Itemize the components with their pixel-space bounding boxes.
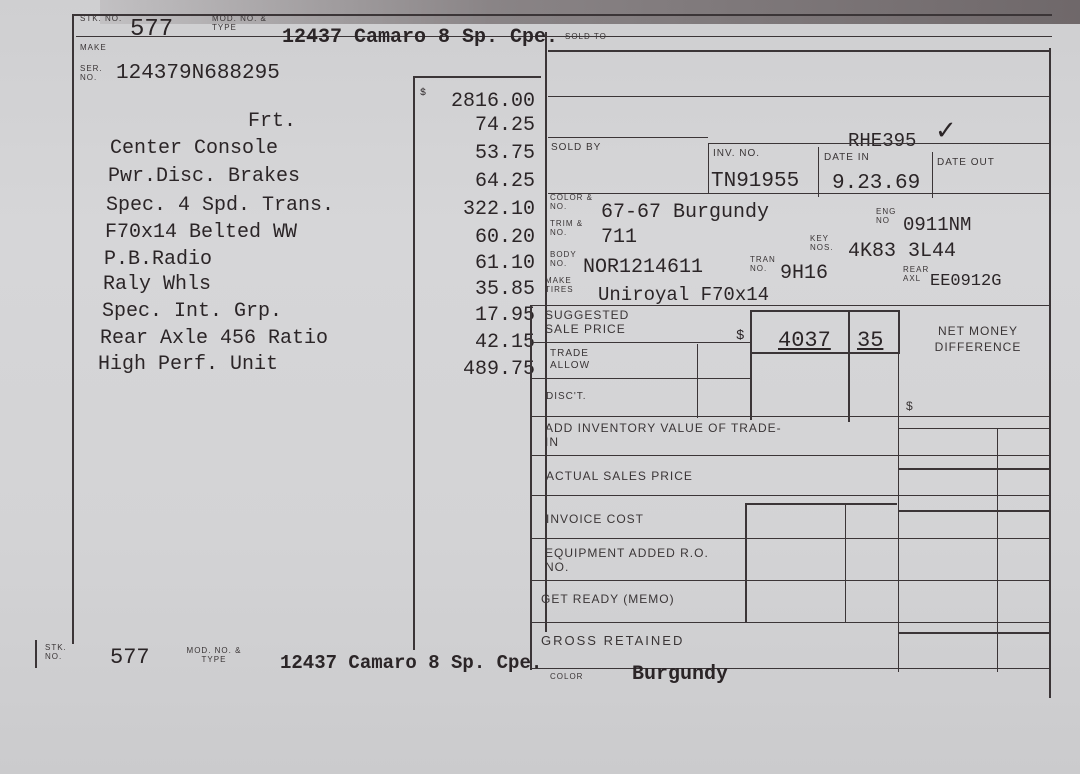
net-money-dollar-sign: $ (906, 400, 914, 412)
inv-no-label: INV. NO. (713, 148, 760, 160)
line-item-amount: 42.15 (415, 331, 535, 354)
line-item-label: Raly Whls (103, 273, 211, 296)
line-item-label: Spec. Int. Grp. (102, 300, 282, 323)
actual-sales-label: ACTUAL SALES PRICE (546, 470, 693, 482)
invoice-col-left (745, 503, 747, 623)
date-out-left (932, 152, 933, 198)
line-item-amount: 60.20 (415, 226, 535, 249)
trim-label: TRIM & NO. (550, 219, 594, 237)
line-item-label: P.B.Radio (104, 248, 212, 271)
tires: Uniroyal F70x14 (598, 284, 769, 306)
trade-cell-divider (697, 344, 698, 418)
invoice-box-top (745, 503, 897, 505)
line-item-amount: 53.75 (415, 142, 535, 165)
gross-row-top (530, 622, 1050, 623)
eng-label: ENG NO (876, 207, 906, 225)
right-row-line (548, 96, 1050, 97)
footer-left-mark (35, 640, 37, 668)
inv-no-left (708, 143, 709, 193)
tran-label: TRAN NO. (750, 255, 784, 273)
inv-no: TN91955 (711, 170, 799, 193)
inv-row-bottom (548, 193, 1050, 194)
suggested-dollars: 4037 (778, 328, 831, 353)
disct-label: DISC'T. (546, 391, 587, 403)
key-nos: 4K83 3L44 (848, 240, 956, 263)
actual-row-top (530, 455, 1050, 456)
date-in: 9.23.69 (832, 172, 920, 195)
sold-by-top (548, 137, 708, 138)
line-item-label: Pwr.Disc. Brakes (108, 165, 300, 188)
invoice-right-line (898, 510, 1050, 512)
sale-grid-bottom (530, 668, 1050, 669)
footer-color: Burgundy (632, 663, 728, 686)
line-item-amount: 61.10 (415, 252, 535, 275)
footer-stock-label: STK. NO. (45, 643, 75, 661)
footer-model-label: MOD. NO. & TYPE (180, 646, 248, 664)
line-item-amount: 322.10 (415, 198, 535, 221)
date-in-left (818, 147, 819, 197)
line-item-amount: 74.25 (415, 114, 535, 137)
date-out-label: DATE OUT (937, 157, 995, 169)
eng-no: 0911NM (903, 214, 971, 236)
trim: 711 (601, 226, 637, 249)
line-item-amount: 35.85 (415, 278, 535, 301)
invoice-cost-label: INVOICE COST (546, 513, 644, 525)
handwritten-code: RHE395 (848, 130, 916, 152)
suggested-cents: 35 (857, 328, 883, 353)
line-items: Frt. 74.25 Center Console 53.75 Pwr.Disc… (0, 0, 540, 400)
sale-grid-left (530, 305, 532, 670)
line-item-amount: 489.75 (415, 358, 535, 381)
actual-right-line (898, 468, 1050, 470)
date-in-label: DATE IN (824, 152, 870, 164)
line-item-label: Frt. (248, 110, 296, 133)
rear-axle-label: REAR AXL (903, 265, 933, 283)
sold-by-label: SOLD BY (551, 142, 601, 154)
equipment-added-label: EQUIPMENT ADDED R.O. NO. (545, 546, 715, 574)
get-ready-row-top (530, 580, 1050, 581)
line-item-label: F70x14 Belted WW (105, 221, 297, 244)
sold-to-label: SOLD TO (565, 32, 607, 41)
net-row-line (898, 428, 1050, 429)
right-top-border (548, 50, 1050, 52)
check-mark-icon: ✓ (935, 116, 957, 146)
gross-right-line (898, 632, 1050, 634)
color: 67-67 Burgundy (601, 201, 769, 224)
cents-divider (848, 310, 850, 422)
net-money-left (898, 312, 899, 672)
trade-allow-label: TRADE ALLOW (550, 348, 610, 372)
line-item-amount: 64.25 (415, 170, 535, 193)
invoice-cents-divider (845, 505, 846, 623)
key-label: KEY NOS. (810, 234, 848, 252)
net-cents-divider (997, 428, 998, 672)
net-money-label: NET MONEY DIFFERENCE (928, 323, 1028, 355)
trade-row-top (530, 342, 750, 343)
form-right-border (1049, 48, 1051, 698)
dollars-left (750, 350, 752, 420)
body-no: NOR1214611 (583, 256, 703, 279)
equipment-row-top (530, 538, 1050, 539)
get-ready-label: GET READY (MEMO) (541, 593, 675, 605)
line-item-label: Spec. 4 Spd. Trans. (106, 194, 334, 217)
line-item-label: High Perf. Unit (98, 353, 278, 376)
suggested-dollar-sign: $ (736, 328, 744, 344)
disct-row-top (530, 378, 750, 379)
footer-stock-no: 577 (110, 645, 150, 670)
tires-label: MAKE TIRES (545, 276, 593, 294)
add-inventory-label: ADD INVENTORY VALUE OF TRADE-IN (545, 421, 785, 449)
color-label: COLOR & NO. (550, 193, 594, 211)
line-item-label: Rear Axle 456 Ratio (100, 327, 328, 350)
gross-retained-label: GROSS RETAINED (541, 635, 684, 647)
add-inv-row-top (530, 416, 1050, 417)
footer-color-label: COLOR (550, 672, 583, 681)
invoice-row-top (530, 495, 1050, 496)
footer-model-type: 12437 Camaro 8 Sp. Cpe. (280, 652, 542, 674)
suggested-label: SUGGESTED SALE PRICE (545, 308, 665, 336)
tran-no: 9H16 (780, 262, 828, 285)
sale-grid-top (530, 305, 1050, 306)
line-item-amount: 17.95 (415, 304, 535, 327)
rear-axle: EE0912G (930, 272, 1001, 291)
inv-row-top (708, 143, 1050, 144)
line-item-label: Center Console (110, 137, 278, 160)
